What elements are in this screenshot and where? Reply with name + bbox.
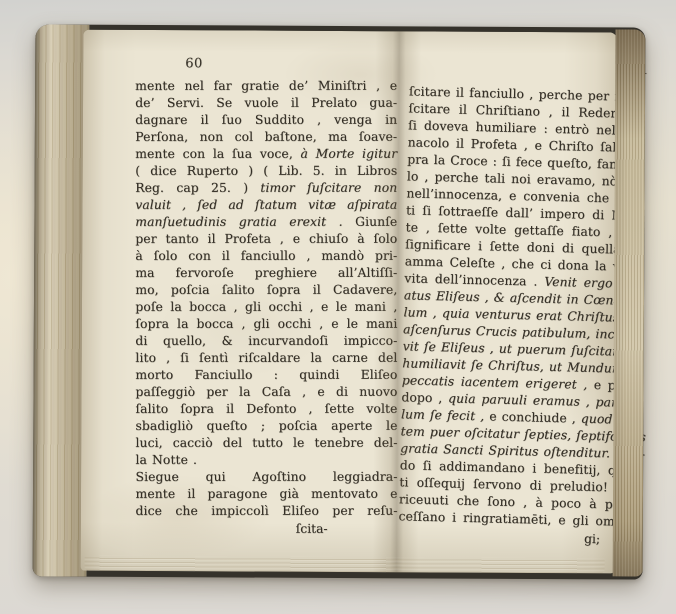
italic-text-segment: timor ſuſcitare non bbox=[260, 181, 397, 195]
left-page-text: mente nel far gratie de’ Miniſtri , ede’… bbox=[135, 78, 397, 538]
text-line: Reg. cap 25. ) timor ſuſcitare non bbox=[135, 180, 397, 197]
italic-text-segment: valuit , ſed ad ſtatum vitæ aſpirata bbox=[135, 198, 397, 212]
left-page: 60 mente nel far gratie de’ Miniſtri , e… bbox=[133, 40, 404, 571]
text-line: paſſeggiò per la Caſa , e di nuovo bbox=[135, 384, 397, 401]
text-line: per tanto il Profeta , e chiuſo à ſolo bbox=[135, 231, 397, 248]
roman-text-segment: dice che impiccolì Eliſeo per reſu- bbox=[136, 504, 398, 518]
italic-text-segment: manſuetudinis gratia erexit . bbox=[135, 215, 342, 229]
roman-text-segment: mente il paragone già mentovato e bbox=[136, 487, 398, 501]
text-line: Siegue qui Agoſtino leggiadra- bbox=[136, 469, 398, 486]
roman-text-segment: e conchiude , bbox=[484, 409, 581, 425]
roman-text-segment: di quello, & incurvandoſi impicco- bbox=[135, 334, 397, 348]
roman-text-segment: Reg. cap 25. ) bbox=[135, 181, 260, 195]
roman-text-segment: paſſeggiò per la Caſa , e di nuovo bbox=[135, 385, 397, 399]
italic-text-segment: à Morte igitur bbox=[301, 147, 398, 161]
text-line: mente con la ſua voce, à Morte igitur bbox=[135, 146, 397, 163]
text-line: Perſona, non col baſtone, ma ſoave- bbox=[135, 129, 397, 146]
text-line: dice che impiccolì Eliſeo per reſu- bbox=[136, 503, 398, 520]
text-line: mente nel far gratie de’ Miniſtri , e bbox=[135, 78, 397, 95]
roman-text-segment: mente nel far gratie de’ Miniſtri , e bbox=[135, 79, 397, 93]
text-line: de’ Servi. Se vuole il Prelato gua- bbox=[135, 95, 397, 112]
roman-text-segment: vita dell’innocenza . bbox=[404, 271, 544, 288]
right-page-text: ſcitare il fanciullo , perche per reſu-ſ… bbox=[398, 83, 645, 549]
text-line: mo, poſcia ſalito ſopra il Cadavere, bbox=[135, 282, 397, 299]
text-line: la Notte . bbox=[135, 452, 397, 469]
roman-text-segment: à ſolo con il fanciullo , mandò pri- bbox=[135, 249, 397, 263]
roman-text-segment: Siegue qui Agoſtino leggiadra- bbox=[136, 470, 398, 484]
open-book: 60 mente nel far gratie de’ Miniſtri , e… bbox=[33, 24, 646, 579]
roman-text-segment: sbadigliò queſto ; poſcia aperte le bbox=[135, 419, 397, 433]
text-line: à ſolo con il fanciullo , mandò pri- bbox=[135, 248, 397, 265]
text-line: luci, cacciò del tutto le tenebre del- bbox=[135, 435, 397, 452]
text-line: mente il paragone già mentovato e bbox=[136, 486, 398, 503]
roman-text-segment: ( dice Ruperto ) ( Lib. 5. in Libros bbox=[135, 164, 397, 178]
left-page-number: 60 bbox=[185, 56, 203, 71]
roman-text-segment: luci, cacciò del tutto le tenebre del- bbox=[135, 436, 397, 450]
roman-text-segment: lito , ſi ſentì riſcaldare la carne del bbox=[135, 351, 397, 365]
roman-text-segment: mente con la ſua voce, bbox=[135, 147, 300, 161]
text-line: manſuetudinis gratia erexit . Giunſe bbox=[135, 214, 397, 231]
roman-text-segment: per tanto il Profeta , e chiuſo à ſolo bbox=[135, 232, 397, 246]
roman-text-segment: ma fervoroſe preghiere all’Altiſſi- bbox=[135, 266, 397, 280]
left-page-catchword: ſcita- bbox=[136, 521, 398, 538]
text-line: dagnare il ſuo Suddito , venga in bbox=[135, 112, 397, 129]
text-line: ( dice Ruperto ) ( Lib. 5. in Libros bbox=[135, 163, 397, 180]
text-line: poſe la bocca , gli occhi , e le mani , bbox=[135, 299, 397, 316]
roman-text-segment: Perſona, non col baſtone, ma ſoave- bbox=[135, 130, 397, 144]
roman-text-segment: ſopra la bocca , gli occhi , e le mani bbox=[135, 317, 397, 331]
text-line: di quello, & incurvandoſi impicco- bbox=[135, 333, 397, 350]
text-line: ſalito ſopra il Defonto , ſette volte bbox=[135, 401, 397, 418]
roman-text-segment: dagnare il ſuo Suddito , venga in bbox=[135, 113, 397, 127]
page-surface: 60 mente nel far gratie de’ Miniſtri , e… bbox=[81, 30, 618, 574]
text-line: morto Fanciullo : quindi Eliſeo bbox=[135, 367, 397, 384]
roman-text-segment: dopo , bbox=[401, 390, 448, 405]
photo-backdrop: 60 mente nel far gratie de’ Miniſtri , e… bbox=[0, 0, 676, 614]
text-line: ma fervoroſe preghiere all’Altiſſi- bbox=[135, 265, 397, 282]
roman-text-segment: la Notte . bbox=[135, 453, 197, 467]
bottom-page-stack-edge bbox=[85, 556, 605, 574]
roman-text-segment: mo, poſcia ſalito ſopra il Cadavere, bbox=[135, 283, 397, 297]
fore-edge bbox=[613, 29, 646, 576]
text-line: valuit , ſed ad ſtatum vitæ aſpirata bbox=[135, 197, 397, 214]
text-line: lito , ſi ſentì riſcaldare la carne del bbox=[135, 350, 397, 367]
text-line: ſopra la bocca , gli occhi , e le mani bbox=[135, 316, 397, 333]
roman-text-segment: ceſſano i ringratiamēti, e gli omag- bbox=[398, 509, 634, 529]
roman-text-segment: Giunſe bbox=[343, 215, 398, 229]
italic-text-segment: lum ſe fecit , bbox=[401, 407, 485, 423]
roman-text-segment: de’ Servi. Se vuole il Prelato gua- bbox=[135, 96, 397, 110]
roman-text-segment: morto Fanciullo : quindi Eliſeo bbox=[135, 368, 397, 382]
roman-text-segment: poſe la bocca , gli occhi , e le mani , bbox=[135, 300, 397, 314]
text-line: sbadigliò queſto ; poſcia aperte le bbox=[135, 418, 397, 435]
roman-text-segment: ſalito ſopra il Defonto , ſette volte bbox=[135, 402, 397, 416]
